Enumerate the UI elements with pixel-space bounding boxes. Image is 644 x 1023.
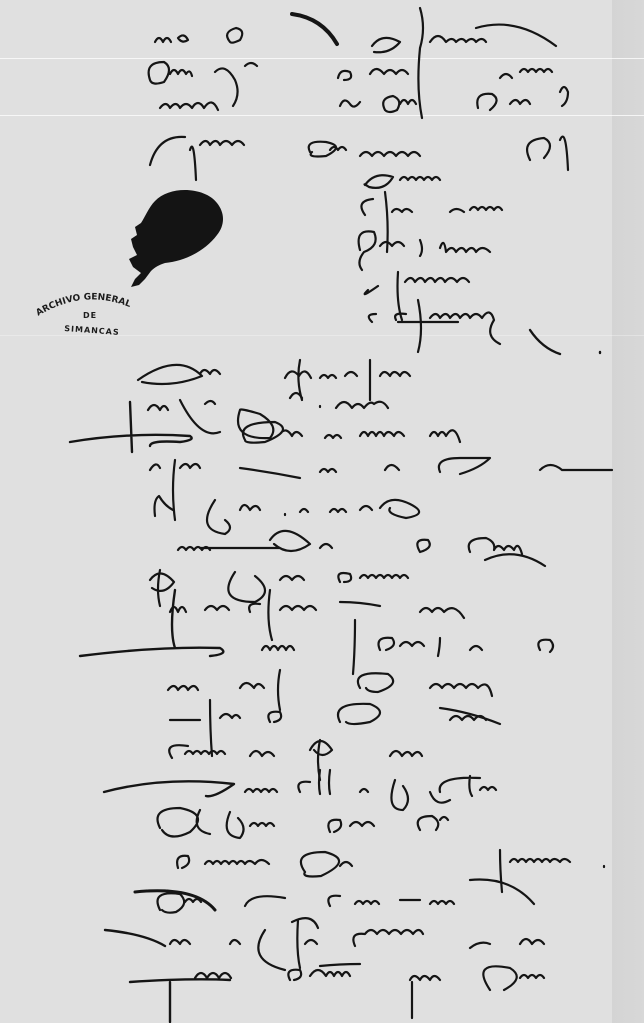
manuscript-line: prmi ʃ eᵈeᵛ ʲ de eᵍ: [250, 635, 424, 659]
manuscript-line: ᵛ ffer e ᵒ () ʰ de ᵈᵒ: [175, 705, 347, 729]
manuscript-line: Lᵒ () les e mr daⁿ: [155, 499, 325, 523]
manuscript-line: ()ᵉᵈᵒ aᵖʰ mᵒ de ʃ esr ℓ .: [140, 365, 355, 390]
manuscript-line: ʃ ee redᵒ e ffmᵒ eeld: [170, 597, 368, 621]
manuscript-line: por ()z ()ᵐᵉ . aᵍᵒᵈᵒ: [145, 397, 316, 421]
manuscript-line: de ay ledme: [360, 235, 482, 259]
manuscript-line: de ffernayᵈᵒ: [360, 269, 478, 293]
manuscript-line: () d ᵍ ᵘᵉ ᵇ de ()ʳᵘ: [160, 812, 313, 836]
manuscript-line: ᵖ leᵒᵉ e ᵍᵒˡᵘᵒ prmᵒ () lᵘᵒ .: [130, 962, 357, 986]
manuscript-line: ()les C. 6 () pᵃᵈᵉ e xmo: [148, 64, 370, 88]
manuscript-line: dᶠʰᵉᶻⁿ as la () yᵉ e: [148, 455, 315, 479]
manuscript-line: ()ʳᵘ () e ᵖ mes ~ m mr: [160, 889, 376, 913]
manuscript-line: compusº pª () les () y ᵈ: [158, 94, 385, 118]
manuscript-line: vn e () Q ffemand: [155, 28, 331, 52]
manuscript-line: e manᵈᵒ alᵉᵒ ᵖᵒ ayᵉⁿ: [170, 742, 355, 766]
manuscript-line: lᵘˢ a () ffrs elemamᵍᵒ alᵉᵒ: [105, 927, 349, 951]
manuscript-line: ᵢ manᵈᵒ () () Q ()laᵈᵉᶠ: [175, 535, 372, 559]
manuscript-line: ᵢ pᵉʳˢᵒⁿᵃ (Q) u ganales () f: [150, 134, 396, 158]
manuscript-line: e ᵹ ffreelo ffo: [370, 307, 502, 332]
manuscript-line: mem defᶠᵉʳ () ᵍ ᵈᵉ e xmo: [165, 675, 398, 699]
manuscript-page: ARCHIVO GENERAL DE SIMANCAS: [0, 0, 644, 1023]
manuscript-line: — () ey ᵢ. alo meᵖaᵈ vm: [75, 422, 302, 446]
manuscript-line: — () trne ell ᵢᵒ () les: [105, 777, 302, 801]
manuscript-line: ffᵒ () ᵈ ᵛᵈᵒ e ᵖᵒ meᵃʳᵗᵒ: [150, 565, 342, 589]
manuscript-line: ffe ~ ᵇ pelr: [362, 197, 472, 221]
manuscript-line: () e etrmi: [360, 170, 455, 194]
manuscript-line: () trndereᵈᵒ ()ᵃʸᵘ ffrnᵃᵈᵒ .: [175, 849, 413, 873]
